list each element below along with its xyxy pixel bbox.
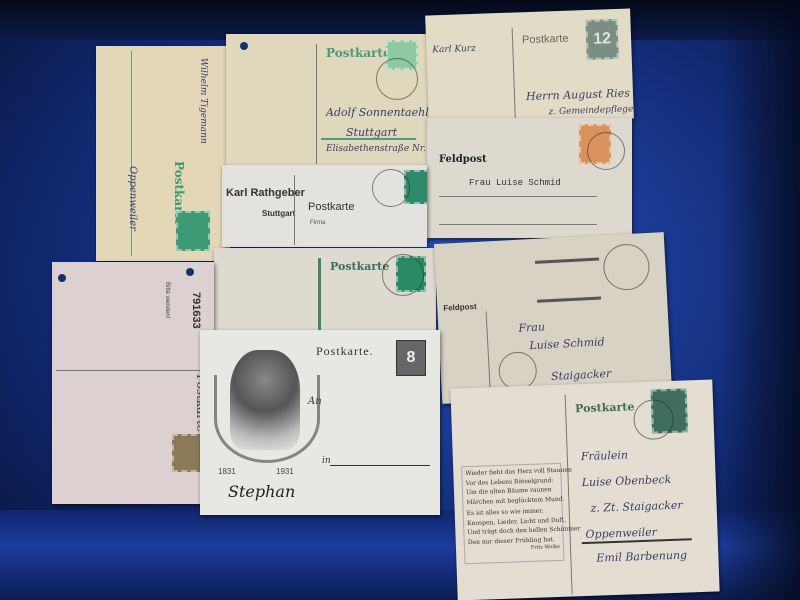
field-label: Firma: [310, 220, 325, 226]
handwriting: z. Gemeindepfleger: [548, 104, 633, 117]
handwriting: Oppenweiler: [585, 526, 657, 541]
card-title: Postkarte: [575, 400, 635, 415]
handwriting: Herrn August Ries: [526, 87, 630, 104]
card-title: Postkarte: [522, 33, 569, 47]
divider: [294, 175, 295, 245]
year-start: 1831: [218, 467, 236, 476]
punch-hole: [240, 42, 248, 50]
postcard-hindenburg-poem: Wieder fieht das Herz voll Staunen Vor d…: [450, 379, 719, 600]
seat-shadow: [720, 0, 800, 600]
punch-hole: [58, 274, 66, 282]
signature: Stephan: [228, 482, 295, 501]
postcard-wildberg: Postkarte Adolf Sonnentaehl Stuttgart El…: [226, 34, 429, 169]
card-title: Postkarte: [330, 260, 389, 273]
poem-box: Wieder fieht das Herz voll Staunen Vor d…: [461, 463, 564, 564]
card-title: Feldpost: [443, 302, 477, 313]
card-title: Postkarte.: [316, 344, 374, 359]
postcard-rathgeber: Karl Rathgeber Stuttgart Postkarte Firma: [222, 165, 427, 247]
postmark: [633, 399, 674, 440]
punch-hole: [186, 268, 194, 276]
stamp: [176, 211, 210, 251]
postcard-green-blank: Postkarte: [214, 248, 436, 330]
stamp-value: 12: [593, 30, 611, 49]
handwriting: Oppenweiler: [127, 166, 138, 231]
address-line: [439, 224, 597, 225]
postcard-12-stamp: Postkarte 12 Karl Kurz Herrn August Ries…: [425, 8, 634, 125]
handwriting: Karl Kurz: [432, 44, 476, 56]
stamp: 12: [585, 19, 618, 60]
handwriting: Luise Obenbeck: [582, 473, 672, 489]
postcard-receipt: 791633 Postkarte Bitte wenden!: [52, 262, 214, 504]
divider: [318, 258, 321, 330]
postmark: [587, 132, 625, 170]
card-title: Postkarte: [308, 201, 354, 213]
divider: [565, 395, 573, 595]
handwriting: Adolf Sonnentaehl: [326, 106, 429, 119]
postmark: [372, 169, 410, 207]
handwriting: Staigacker: [551, 367, 612, 383]
handwriting: Wilhelm Tigemann: [198, 58, 208, 144]
address-line: [330, 465, 430, 466]
card-title: Postkarte: [326, 46, 391, 60]
slogan-cancel: [535, 258, 601, 303]
perforation: [56, 370, 206, 371]
handwriting: Emil Barbenung: [596, 548, 687, 564]
postmark: [382, 254, 424, 296]
card-title: Feldpost: [439, 154, 487, 165]
handwriting: Luise Schmid: [529, 335, 605, 352]
postmark: [376, 58, 418, 100]
postcard-feldpost-berlin: Feldpost Frau Luise Schmid Staigacker: [434, 232, 672, 404]
postcard-vertical-top-left: Postkarte Wilhelm Tigemann Oppenweiler: [96, 46, 230, 261]
stamp: 8: [396, 340, 426, 376]
note: Bitte wenden!: [164, 282, 170, 318]
postcard-commemorative: 1831 1931 Stephan Postkarte. 8 An in: [200, 330, 440, 515]
receipt-number: 791633: [190, 292, 202, 329]
postcard-feldpost-schmid: Feldpost Frau Luise Schmid: [427, 118, 632, 238]
divider: [512, 28, 516, 123]
postmark: [602, 243, 650, 291]
address-prefix: An: [308, 396, 322, 407]
underline: [321, 138, 416, 140]
sender-city: Stuttgart: [262, 209, 295, 218]
handwriting: Elisabethenstraße Nr. 13: [326, 144, 429, 154]
addressee: Frau Luise Schmid: [469, 178, 561, 188]
divider: [316, 44, 317, 164]
year-end: 1931: [276, 467, 294, 476]
handwriting: Frau: [518, 320, 545, 334]
address-line: [439, 196, 597, 197]
laurel-wreath: [214, 375, 320, 463]
stamp-value: 8: [407, 349, 416, 367]
handwriting: Fräulein: [581, 448, 629, 463]
handwriting: z. Zt. Staigacker: [590, 499, 682, 515]
